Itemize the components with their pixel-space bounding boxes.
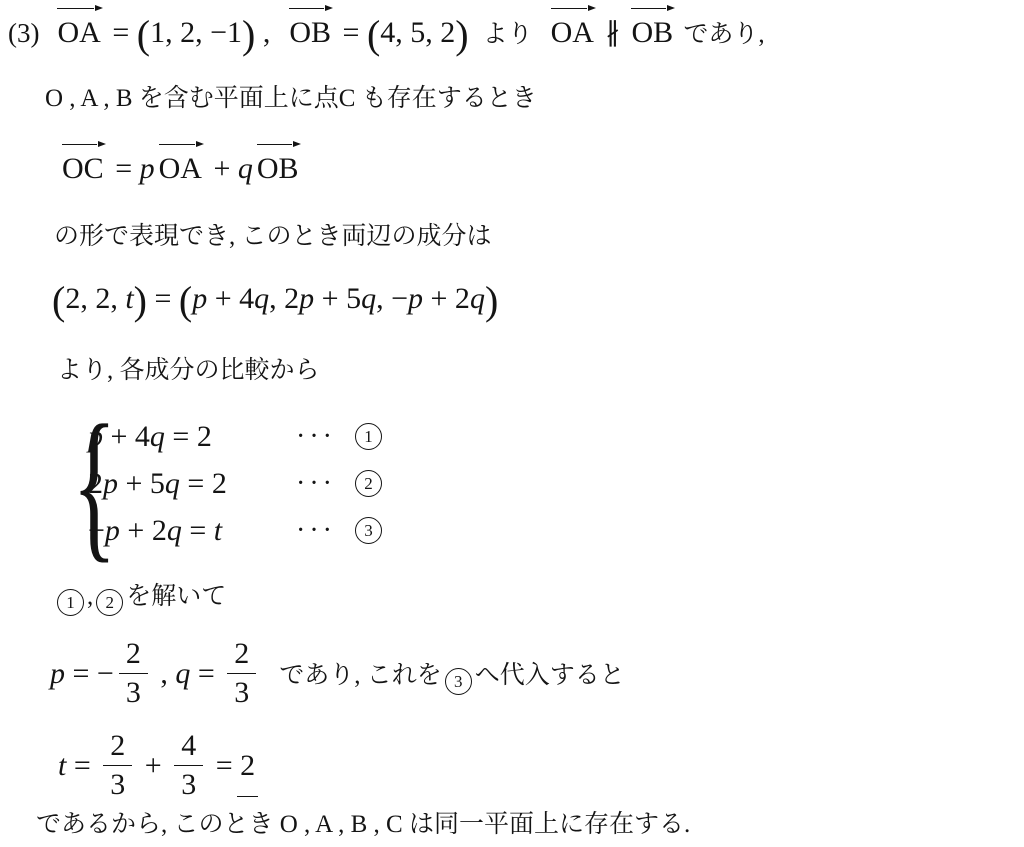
vector-OA: OA bbox=[159, 146, 202, 191]
equals-sign: = bbox=[105, 16, 137, 49]
fraction-numerator: 2 bbox=[119, 637, 148, 673]
circled-1: 1 bbox=[57, 589, 84, 616]
fraction-2-3: 23 bbox=[103, 729, 132, 801]
problem-number-label: (3) bbox=[8, 18, 39, 48]
vector-OA: OA bbox=[551, 10, 594, 55]
plus-2: + 2 bbox=[423, 282, 470, 315]
circled-1: 1 bbox=[355, 423, 382, 450]
open-paren: ( bbox=[52, 278, 65, 323]
line-component-equation: (2, 2, t) = (p + 4q, 2p + 5q, −p + 2q) bbox=[52, 276, 498, 321]
open-paren: ( bbox=[179, 278, 192, 323]
line-given-vectors: (3)OA = (1, 2, −1) , OB = (4, 5, 2)よりOA∦… bbox=[8, 10, 765, 55]
open-paren: ( bbox=[137, 12, 150, 57]
fraction-2-3: 23 bbox=[227, 637, 256, 709]
equals-minus: = − bbox=[65, 657, 114, 690]
plus-5: + 5 bbox=[118, 467, 165, 500]
fraction-numerator: 2 bbox=[103, 729, 132, 765]
plus-4: + 4 bbox=[207, 282, 254, 315]
fraction-denominator: 3 bbox=[227, 673, 256, 710]
equation-1: p + 4q = 2 bbox=[88, 414, 296, 459]
fraction-denominator: 3 bbox=[103, 765, 132, 802]
line-plane-condition: O , A , B を含む平面上に点C も存在するとき bbox=[45, 80, 537, 118]
equals-2: = 2 bbox=[165, 420, 212, 453]
system-brace: { bbox=[72, 400, 116, 568]
line-compare-components: より, 各成分の比較から bbox=[57, 352, 320, 390]
comma: , bbox=[153, 657, 176, 690]
fraction-2-3: 23 bbox=[119, 637, 148, 709]
equation-system: { p + 4q = 2 ··· 1 2p + 5q = 2 ··· 2 −p … bbox=[62, 413, 1024, 554]
jp-solve-statement: 1,2を解いて bbox=[54, 583, 226, 610]
close-paren: ) bbox=[455, 12, 468, 57]
system-row-2: 2p + 5q = 2 ··· 2 bbox=[88, 460, 1024, 507]
equals-2: = 2 bbox=[180, 467, 227, 500]
fraction-denominator: 3 bbox=[119, 673, 148, 710]
line-form-statement: の形で表現でき, このとき両辺の成分は bbox=[54, 218, 492, 256]
open-paren: ( bbox=[367, 12, 380, 57]
vector-OB-components: 4, 5, 2 bbox=[380, 16, 455, 49]
vector-OA-components: 1, 2, −1 bbox=[150, 16, 242, 49]
jp-plane-condition-text: O , A , B を含む平面上に点C も存在するとき bbox=[45, 85, 537, 112]
variable-p: p bbox=[192, 282, 207, 315]
component-equation: (2, 2, t) = (p + 4q, 2p + 5q, −p + 2q) bbox=[52, 282, 498, 315]
variable-q: q bbox=[254, 282, 269, 315]
equation-2: 2p + 5q = 2 bbox=[88, 461, 296, 506]
coefficient-q: q bbox=[238, 152, 253, 185]
circled-3: 3 bbox=[355, 517, 382, 544]
comma: , bbox=[255, 16, 285, 49]
close-paren: ) bbox=[242, 12, 255, 57]
ellipsis-dots: ··· bbox=[296, 463, 336, 505]
plus-sign: + bbox=[206, 152, 238, 185]
variable-p: p bbox=[408, 282, 423, 315]
plus-sign: + bbox=[137, 749, 169, 782]
equals-sign: = bbox=[208, 749, 240, 782]
comma-minus: , − bbox=[376, 282, 408, 315]
variable-p: p bbox=[299, 282, 314, 315]
variable-q: q bbox=[175, 657, 190, 690]
variable-q: q bbox=[361, 282, 376, 315]
jp-deari: であり, bbox=[677, 21, 765, 48]
variable-q: q bbox=[167, 514, 182, 547]
plus-5: + 5 bbox=[314, 282, 361, 315]
fraction-denominator: 3 bbox=[174, 765, 203, 802]
variable-q: q bbox=[470, 282, 485, 315]
system-row-3: −p + 2q = t ··· 3 bbox=[88, 507, 1024, 554]
variable-p: p bbox=[50, 657, 65, 690]
line-pq-solution: p = −23 , q = 23であり, これを3へ代入すると bbox=[50, 640, 625, 712]
answer-value: 2 bbox=[240, 743, 255, 788]
line-oc-expression: OC = pOA + qOB bbox=[58, 146, 303, 191]
equals-sign: = bbox=[190, 657, 222, 690]
equals-sign: = bbox=[108, 152, 140, 185]
close-paren: ) bbox=[485, 278, 498, 323]
fraction-numerator: 2 bbox=[227, 637, 256, 673]
not-parallel-icon: ∦ bbox=[606, 17, 620, 48]
line-conclusion: であるから, このとき O , A , B , C は同一平面上に存在する. bbox=[36, 806, 690, 844]
line-t-result: t = 23 + 43 = 2 bbox=[58, 732, 255, 804]
oc-equation: OC = pOA + qOB bbox=[58, 152, 303, 185]
plus-2: + 2 bbox=[120, 514, 167, 547]
equals-sign: = bbox=[335, 16, 367, 49]
vector-OB: OB bbox=[289, 10, 331, 55]
fraction-4-3: 43 bbox=[174, 729, 203, 801]
math-solution-page: (3)OA = (1, 2, −1) , OB = (4, 5, 2)よりOA∦… bbox=[0, 0, 1024, 847]
jp-conclusion-text: であるから, このとき O , A , B , C は同一平面上に存在する. bbox=[36, 811, 690, 838]
coefficient-p: p bbox=[140, 152, 155, 185]
jp-deari-korewo: であり, これを bbox=[279, 662, 442, 689]
comma-2: , 2 bbox=[269, 282, 299, 315]
variable-q: q bbox=[165, 467, 180, 500]
close-paren: ) bbox=[134, 278, 147, 323]
vector-OC: OC bbox=[62, 146, 104, 191]
jp-wo-toite: を解いて bbox=[126, 583, 226, 610]
t-result-equation: t = 23 + 43 = 2 bbox=[58, 749, 255, 782]
vector-OA: OA bbox=[57, 10, 100, 55]
jp-e-dainyu-suruto: へ代入すると bbox=[475, 662, 625, 689]
line-solve-1-2: 1,2を解いて bbox=[54, 578, 226, 616]
equation-3: −p + 2q = t bbox=[88, 508, 296, 553]
equals-sign: = bbox=[66, 749, 98, 782]
variable-t: t bbox=[125, 282, 133, 315]
circled-2: 2 bbox=[355, 470, 382, 497]
vector-OB: OB bbox=[257, 146, 299, 191]
variable-q: q bbox=[150, 420, 165, 453]
variable-t: t bbox=[214, 514, 222, 547]
ellipsis-dots: ··· bbox=[296, 510, 336, 552]
jp-compare-components-text: より, 各成分の比較から bbox=[57, 357, 320, 384]
equals-sign: = bbox=[182, 514, 214, 547]
given-vectors-equation: OA = (1, 2, −1) , OB = (4, 5, 2)よりOA∦OB … bbox=[53, 16, 764, 49]
circled-3: 3 bbox=[445, 668, 472, 695]
vector-OB: OB bbox=[631, 10, 673, 55]
jp-yori: より bbox=[483, 21, 533, 48]
fraction-numerator: 4 bbox=[174, 729, 203, 765]
lhs-components: 2, 2, bbox=[65, 282, 125, 315]
equals-sign: = bbox=[147, 282, 179, 315]
system-row-1: p + 4q = 2 ··· 1 bbox=[88, 413, 1024, 460]
ellipsis-dots: ··· bbox=[296, 416, 336, 458]
comma: , bbox=[87, 583, 93, 610]
circled-2: 2 bbox=[96, 589, 123, 616]
pq-solution-equation: p = −23 , q = 23であり, これを3へ代入すると bbox=[50, 657, 625, 690]
jp-form-statement-text: の形で表現でき, このとき両辺の成分は bbox=[54, 223, 492, 250]
